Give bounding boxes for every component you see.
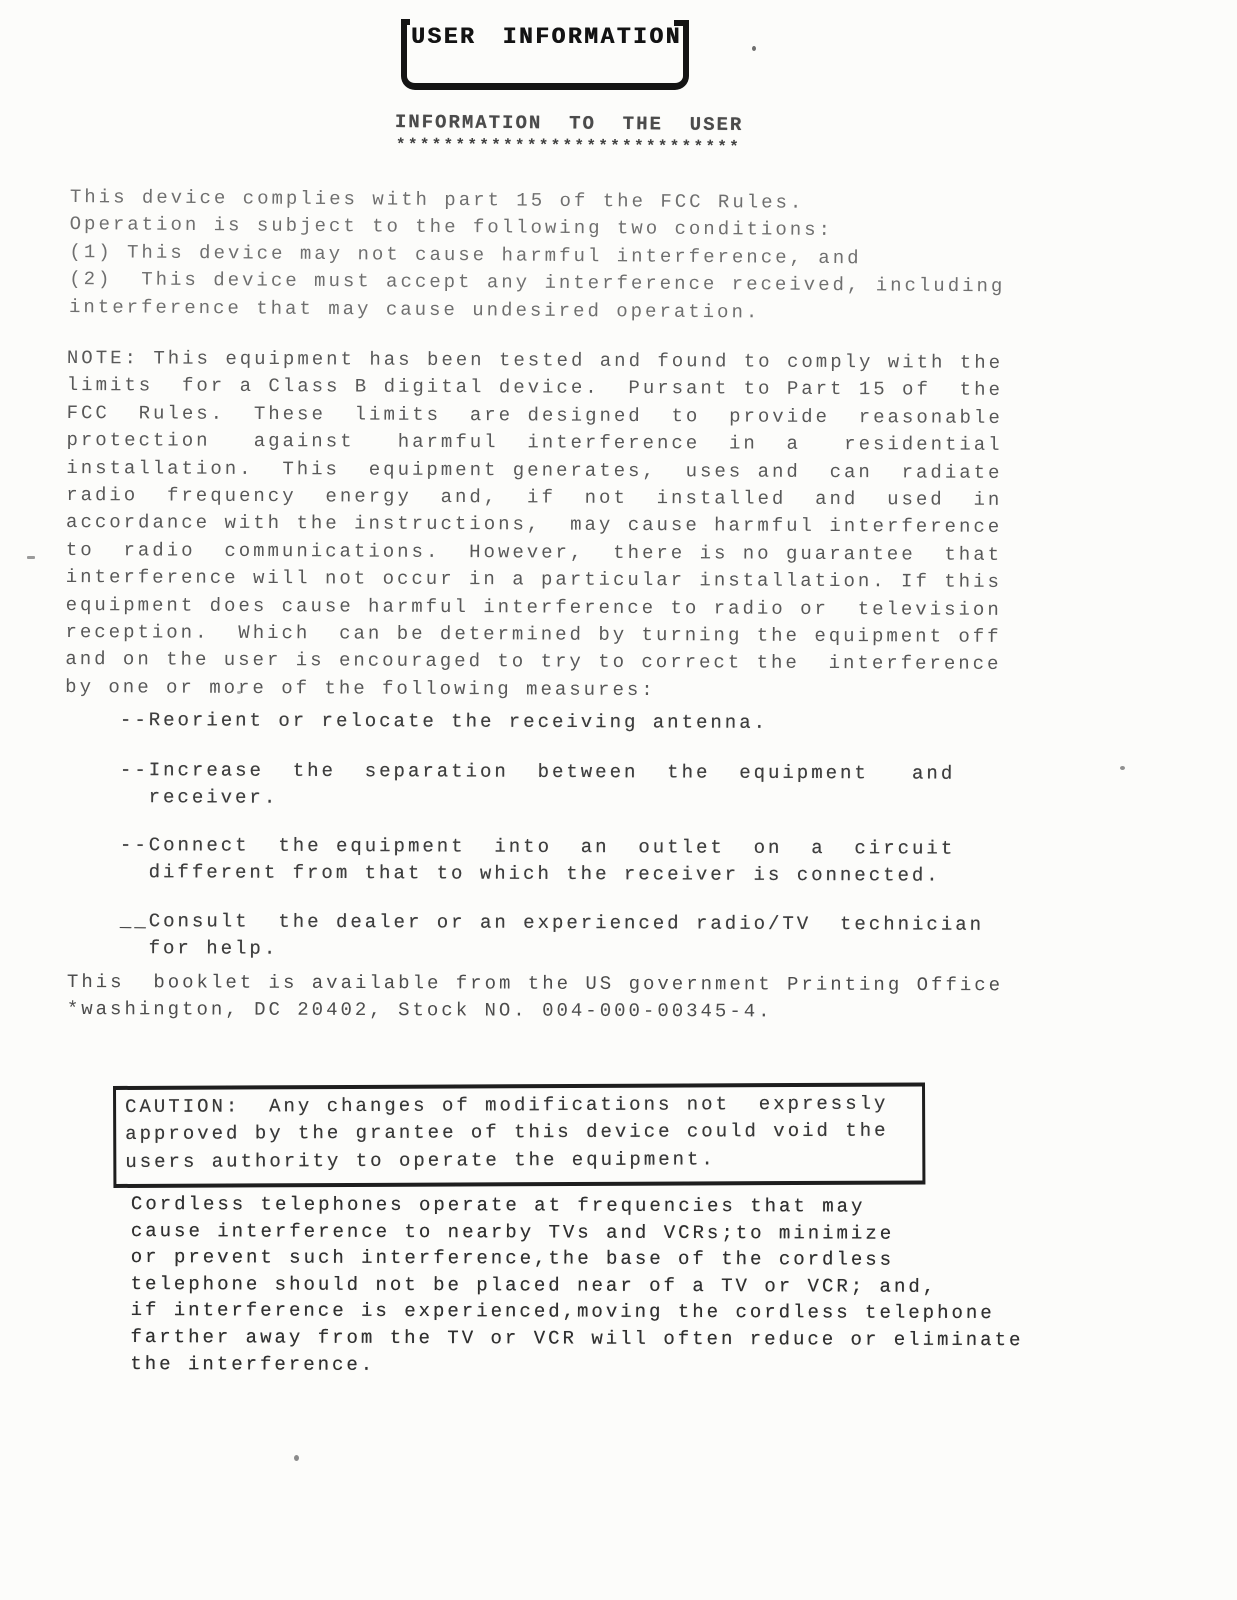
measure-item-connect-outlet: --Connect the equipment into an outlet o… bbox=[120, 832, 956, 890]
caution-box: CAUTION: Any changes of modifications no… bbox=[113, 1082, 925, 1188]
caution-text: CAUTION: Any changes of modifications no… bbox=[125, 1091, 889, 1177]
fcc-compliance-paragraph: This device complies with part 15 of the… bbox=[69, 184, 1006, 328]
scan-speck bbox=[752, 46, 756, 51]
scanned-document-page: USER INFORMATION INFORMATION TO THE USER… bbox=[0, 0, 1237, 1600]
scan-speck bbox=[237, 691, 241, 694]
scan-speck bbox=[1120, 766, 1125, 770]
scan-speck bbox=[27, 556, 35, 559]
cordless-telephones-paragraph: Cordless telephones operate at frequenci… bbox=[130, 1191, 1024, 1380]
title-underline-asterisks: ***************************** bbox=[396, 137, 741, 155]
document-title: INFORMATION TO THE USER bbox=[395, 110, 744, 137]
measure-item-increase-separation: --Increase the separation between the eq… bbox=[120, 757, 956, 815]
scan-speck bbox=[294, 1455, 299, 1461]
booklet-availability-paragraph: This booklet is available from the US go… bbox=[67, 969, 1003, 1027]
header-box-label: USER INFORMATION bbox=[411, 24, 682, 50]
measure-item-consult-dealer: __Consult the dealer or an experienced r… bbox=[120, 908, 984, 967]
measure-item-reorient: --Reorient or relocate the receiving ant… bbox=[120, 707, 768, 737]
note-paragraph: NOTE: This equipment has been tested and… bbox=[65, 345, 1003, 706]
